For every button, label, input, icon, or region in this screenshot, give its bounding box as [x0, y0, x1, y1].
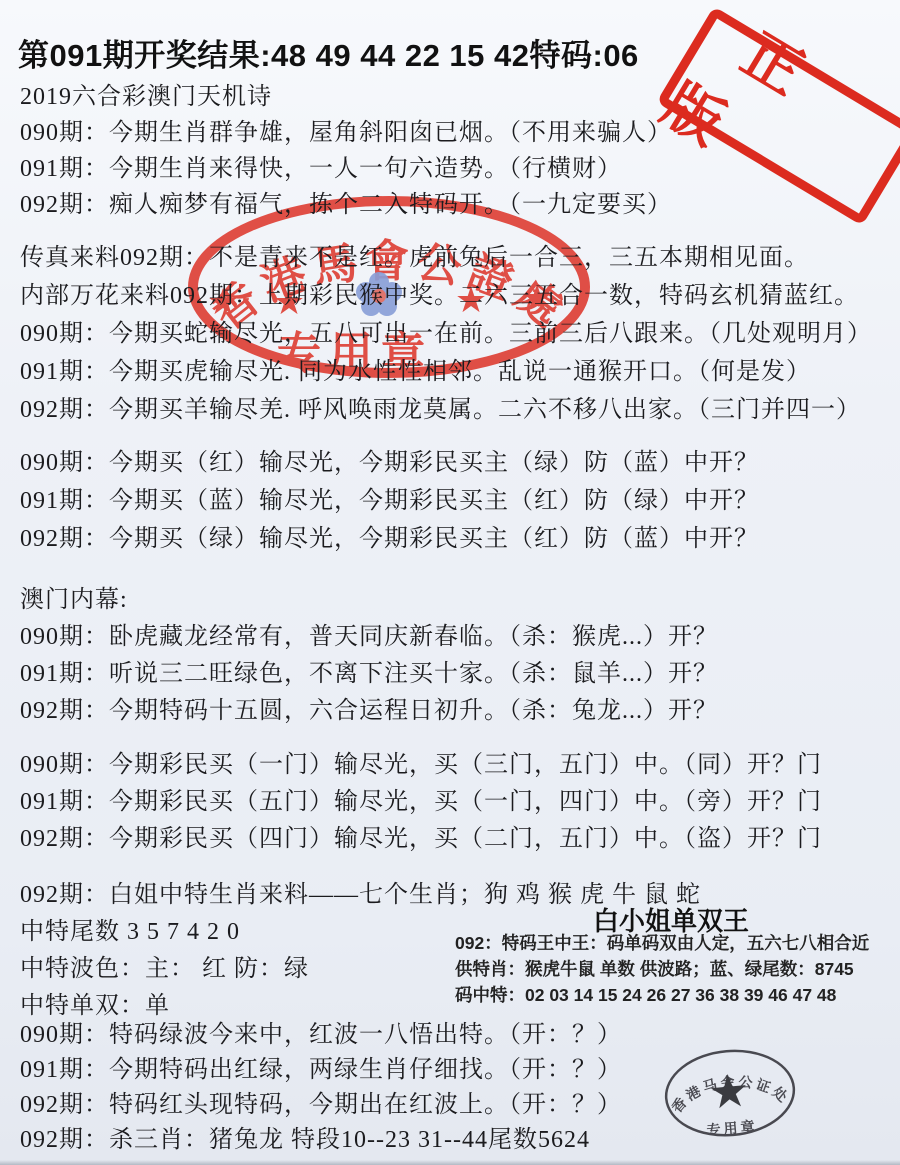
door-bet-section: 090期：今期彩民买（一门）输尽光，买（三门，五门）中。（同）开？门 091期：… [20, 747, 822, 858]
macau-insider-section: 澳门内幕: 090期：卧虎藏龙经常有，普天同庆新春临。（杀：猴虎...）开？ 0… [20, 582, 718, 730]
wave-tip-line: 092期：特码红头现特码，今期出在红波上。（开：？） [20, 1088, 622, 1123]
fax-section: 传真来料092期：不是青来不是红。虎前兔后一合三，三五本期相见面。 内部万花来料… [20, 239, 872, 429]
fax-line: 091期：今期买虎输尽光. 同为水性性相邻。乱说一通猴开口。（何是发） [20, 353, 872, 391]
authentic-stamp: 正版 [656, 6, 900, 226]
white-lady-line: 码中特：02 03 14 15 24 26 27 36 38 39 46 47 … [455, 982, 895, 1008]
macau-heading: 澳门内幕: [20, 582, 718, 619]
wave-tip-line: 091期：今期特码出红绿，两绿生肖仔细找。（开：？） [20, 1053, 622, 1088]
poem-line: 091期：今期生肖来得快，一人一句六造势。（行横财） [20, 151, 672, 187]
white-lady-line: 092：特码王中王：码单码双由人定，五六七八相合近 [455, 930, 895, 956]
poem-heading: 2019六合彩澳门天机诗 [20, 79, 672, 115]
color-bet-line: 090期：今期买（红）输尽光，今期彩民买主（绿）防（蓝）中开？ [20, 444, 759, 482]
color-bet-line: 092期：今期买（绿）输尽光，今期彩民买主（红）防（蓝）中开？ [20, 520, 759, 558]
lottery-tip-sheet: 第091期开奖结果:48 49 44 22 15 42特码:06 2019六合彩… [0, 0, 900, 1165]
poem-section: 2019六合彩澳门天机诗 090期：今期生肖群争雄，屋角斜阳囱已烟。（不用来骗人… [20, 79, 672, 223]
fax-line: 传真来料092期：不是青来不是红。虎前兔后一合三，三五本期相见面。 [20, 239, 872, 277]
macau-line: 090期：卧虎藏龙经常有，普天同庆新春临。（杀：猴虎...）开？ [20, 619, 718, 656]
color-bet-section: 090期：今期买（红）输尽光，今期彩民买主（绿）防（蓝）中开？ 091期：今期买… [20, 444, 759, 558]
fax-line: 内部万花来料092期：上期彩民猴中奖。二六三五合一数，特码玄机猜蓝红。 [20, 277, 872, 315]
fax-line: 092期：今期买羊输尽羌. 呼风唤雨龙莫属。二六不移八出家。（三门并四一） [20, 391, 872, 429]
color-bet-line: 091期：今期买（蓝）输尽光，今期彩民买主（红）防（绿）中开？ [20, 482, 759, 520]
white-lady-block: 092：特码王中王：码单码双由人定，五六七八相合近 供特肖：猴虎牛鼠 单数 供波… [455, 930, 895, 1008]
wave-tip-line: 092期：杀三肖：猪兔龙 特段10--23 31--44尾数5624 [20, 1123, 622, 1158]
macau-line: 092期：今期特码十五圆，六合运程日初升。（杀：兔龙...）开？ [20, 693, 718, 730]
door-bet-line: 091期：今期彩民买（五门）输尽光，买（一门，四门）中。（旁）开？门 [20, 784, 822, 821]
poem-line: 090期：今期生肖群争雄，屋角斜阳囱已烟。（不用来骗人） [20, 115, 672, 151]
macau-line: 091期：听说三二旺绿色，不离下注买十家。（杀：鼠羊...）开？ [20, 656, 718, 693]
door-bet-line: 090期：今期彩民买（一门）输尽光，买（三门，五门）中。（同）开？门 [20, 747, 822, 784]
star-icon: ★ [706, 1062, 752, 1119]
wave-tip-section: 090期：特码绿波今来中，红波一八悟出特。（开：？） 091期：今期特码出红绿，… [20, 1018, 622, 1158]
draw-result-headline: 第091期开奖结果:48 49 44 22 15 42特码:06 [18, 30, 698, 75]
fax-line: 090期：今期买蛇输尽光，五八可出一在前。三前三后八跟来。（几处观明月） [20, 315, 872, 353]
corner-notary-seal: 香港马会公证处 ★ 专用章 [652, 1037, 810, 1150]
door-bet-line: 092期：今期彩民买（四门）输尽光，买（二门，五门）中。（盗）开？门 [20, 821, 822, 858]
wave-tip-line: 090期：特码绿波今来中，红波一八悟出特。（开：？） [20, 1018, 622, 1053]
white-lady-line: 供特肖：猴虎牛鼠 单数 供波路；蓝、绿尾数：8745 [455, 956, 895, 982]
seal-bottom-text: 专用章 [706, 1118, 758, 1139]
poem-line: 092期：痴人痴梦有福气，拣个二入特码开。（一九定要买） [20, 187, 672, 223]
